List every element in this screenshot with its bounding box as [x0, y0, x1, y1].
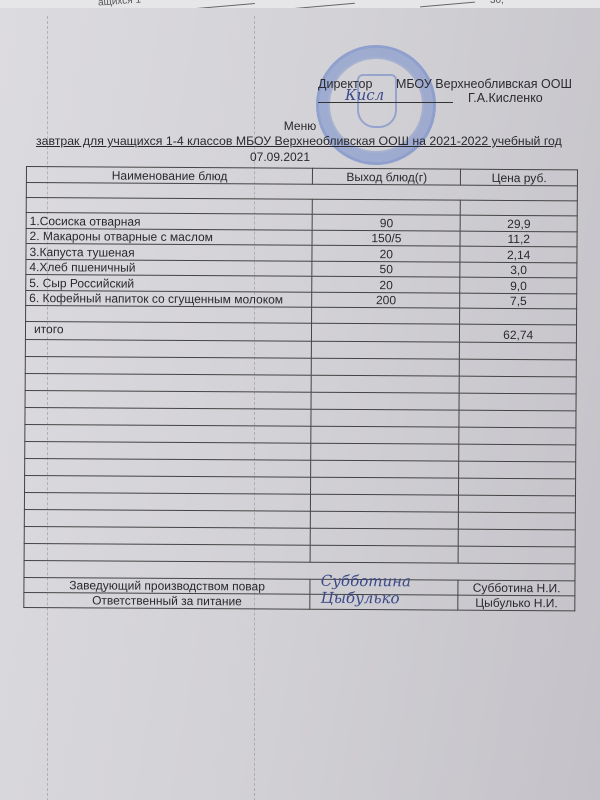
- empty-cell: [312, 307, 460, 323]
- document-date: 07.09.2021: [0, 150, 560, 164]
- total-output: [312, 323, 460, 342]
- dish-name: 2. Макароны отварные с маслом: [26, 228, 312, 245]
- empty-cell: [311, 409, 459, 427]
- total-label: итого: [25, 321, 311, 341]
- empty-cell: [26, 306, 312, 323]
- dish-name: 4.Хлеб пшеничный: [26, 259, 312, 276]
- empty-cell: [459, 444, 576, 462]
- dish-price: 9,0: [460, 277, 577, 293]
- dish-output: 200: [312, 292, 460, 308]
- director-name: Г.А.Кисленко: [468, 91, 543, 105]
- column-header-dish: Наименование блюд: [26, 167, 312, 185]
- signer-role: Заведующий производством повар: [24, 577, 310, 594]
- dish-price: 29,9: [461, 215, 578, 231]
- underlying-page-number: 30,: [490, 0, 504, 6]
- empty-cell: [460, 359, 577, 377]
- empty-cell: [311, 375, 459, 393]
- empty-cell: [25, 458, 311, 477]
- empty-cell: [459, 393, 576, 411]
- document-subtitle: завтрак для учащихся 1-4 классов МБОУ Ве…: [36, 134, 562, 148]
- empty-cell: [25, 407, 311, 426]
- dish-price: 3,0: [460, 262, 577, 278]
- empty-cell: [24, 543, 310, 562]
- empty-cell: [460, 376, 577, 394]
- empty-cell: [311, 392, 459, 410]
- dish-name: 1.Сосиска отварная: [26, 213, 312, 230]
- signer-name: Субботина Н.И.: [458, 580, 575, 596]
- empty-cell: [25, 356, 311, 375]
- dish-output: 50: [312, 261, 460, 277]
- document-title: Меню: [0, 119, 600, 133]
- dish-price: 2,14: [460, 246, 577, 262]
- dish-output: 90: [312, 214, 460, 230]
- column-header-price: Цена руб.: [461, 169, 578, 186]
- signature-row: Ответственный за питаниеЦыбулькоЦыбулько…: [24, 592, 575, 610]
- total-price: 62,74: [460, 324, 577, 343]
- empty-cell: [459, 546, 576, 564]
- empty-cell: [459, 478, 576, 496]
- dish-output: 20: [312, 276, 460, 292]
- empty-cell: [25, 475, 311, 494]
- empty-cell: [459, 529, 576, 547]
- empty-cell: [24, 509, 310, 528]
- empty-cell: [459, 495, 576, 513]
- director-signature-line: [318, 102, 453, 103]
- director-signature: Кисл: [345, 86, 384, 104]
- empty-cell: [459, 461, 576, 479]
- column-header-output: Выход блюд(г): [313, 168, 461, 185]
- empty-cell: [310, 528, 458, 546]
- empty-cell: [24, 526, 310, 545]
- empty-cell: [25, 339, 311, 358]
- empty-cell: [459, 512, 576, 530]
- dish-price: 11,2: [460, 231, 577, 247]
- empty-cell: [25, 373, 311, 392]
- signer-role: Ответственный за питание: [24, 592, 310, 609]
- empty-cell: [310, 545, 458, 563]
- empty-cell: [312, 341, 460, 359]
- empty-cell: [311, 443, 459, 461]
- empty-cell: [459, 427, 576, 445]
- empty-cell: [25, 441, 311, 460]
- dish-name: 3.Капуста тушеная: [26, 244, 312, 261]
- empty-cell: [311, 494, 459, 512]
- handwritten-signature: Субботина: [321, 573, 411, 588]
- empty-cell: [311, 511, 459, 529]
- menu-table: Наименование блюд Выход блюд(г) Цена руб…: [23, 166, 578, 611]
- empty-cell: [460, 308, 577, 324]
- empty-cell: [25, 424, 311, 443]
- empty-cell: [311, 477, 459, 495]
- dish-output: 20: [312, 245, 460, 261]
- director-organization: МБОУ Верхнеобливская ООШ: [396, 77, 572, 91]
- empty-cell: [311, 426, 459, 444]
- dish-name: 5. Сыр Российский: [26, 275, 312, 292]
- empty-cell: [460, 342, 577, 360]
- empty-cell: [25, 390, 311, 409]
- empty-cell: [312, 358, 460, 376]
- handwritten-signature: Цыбулько: [321, 590, 400, 604]
- signature-cell: Цыбулько: [310, 594, 458, 610]
- empty-cell: [459, 410, 576, 428]
- dish-name: 6. Кофейный напиток со сгущенным молоком: [26, 290, 312, 307]
- empty-cell: [24, 492, 310, 511]
- empty-cell: [311, 460, 459, 478]
- dish-price: 7,5: [460, 293, 577, 309]
- signer-name: Цыбулько Н.И.: [458, 595, 575, 611]
- dish-output: 150/5: [312, 230, 460, 246]
- underlying-line: [420, 2, 475, 8]
